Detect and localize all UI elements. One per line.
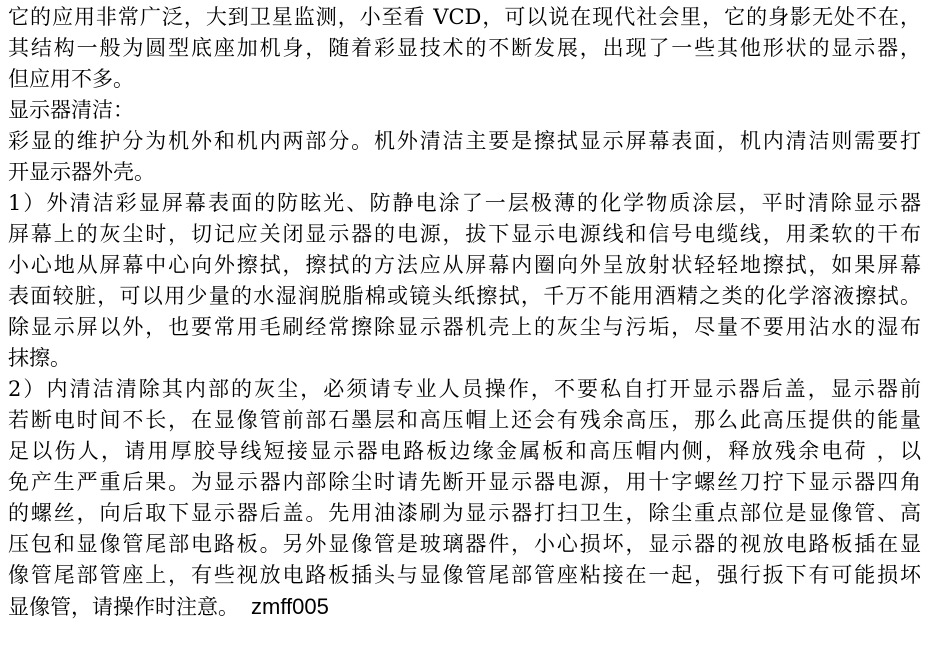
text-line: 2）内清洁清除其内部的灰尘，必须请专业人员操作，不要私自打开显示器后盖，显示器前: [8, 374, 921, 405]
text-line: 屏幕上的灰尘时，切记应关闭显示器的电源，拔下显示电源线和信号电缆线，用柔软的干布: [8, 219, 921, 250]
text-line: 若断电时间不长，在显像管前部石墨层和高压帽上还会有残余高压，那么此高压提供的能量: [8, 405, 921, 436]
text-line: 足以伤人，请用厚胶导线短接显示器电路板边缘金属板和高压帽内侧，释放残余电荷 ，以: [8, 436, 921, 467]
text-line: 压包和显像管尾部电路板。另外显像管是玻璃器件，小心损坏，显示器的视放电路板插在显: [8, 529, 921, 560]
final-line-text: 显像管，请操作时注意。: [8, 595, 239, 619]
text-line: 像管尾部管座上，有些视放电路板插头与显像管尾部管座粘接在一起，强行扳下有可能损坏: [8, 560, 921, 591]
document-page: 它的应用非常广泛，大到卫星监测，小至看 VCD，可以说在现代社会里，它的身影无处…: [0, 0, 929, 622]
watermark-code: zmff005: [251, 594, 329, 619]
text-line: 除显示屏以外，也要常用毛刷经常擦除显示器机壳上的灰尘与污垢，尽量不要用沾水的湿布: [8, 312, 921, 343]
text-line: 免产生严重后果。为显示器内部除尘时请先断开显示器电源，用十字螺丝刀拧下显示器四角: [8, 467, 921, 498]
text-line: 开显示器外壳。: [8, 157, 921, 188]
text-line: 表面较脏，可以用少量的水湿润脱脂棉或镜头纸擦拭，千万不能用酒精之类的化学溶液擦拭…: [8, 281, 921, 312]
section-heading: 显示器清洁：: [8, 95, 921, 126]
text-line: 1）外清洁彩显屏幕表面的防眩光、防静电涂了一层极薄的化学物质涂层，平时清除显示器: [8, 188, 921, 219]
text-line: 的螺丝，向后取下显示器后盖。先用油漆刷为显示器打扫卫生，除尘重点部位是显像管、高: [8, 498, 921, 529]
text-line: 小心地从屏幕中心向外擦拭，擦拭的方法应从屏幕内圈向外呈放射状轻轻地擦拭，如果屏幕: [8, 250, 921, 281]
text-line: 但应用不多。: [8, 64, 921, 95]
text-line-final: 显像管，请操作时注意。zmff005: [8, 591, 921, 622]
text-line: 彩显的维护分为机外和机内两部分。机外清洁主要是擦拭显示屏幕表面，机内清洁则需要打: [8, 126, 921, 157]
text-line: 抹擦。: [8, 343, 921, 374]
text-line: 它的应用非常广泛，大到卫星监测，小至看 VCD，可以说在现代社会里，它的身影无处…: [8, 2, 921, 33]
text-line: 其结构一般为圆型底座加机身，随着彩显技术的不断发展，出现了一些其他形状的显示器，: [8, 33, 921, 64]
